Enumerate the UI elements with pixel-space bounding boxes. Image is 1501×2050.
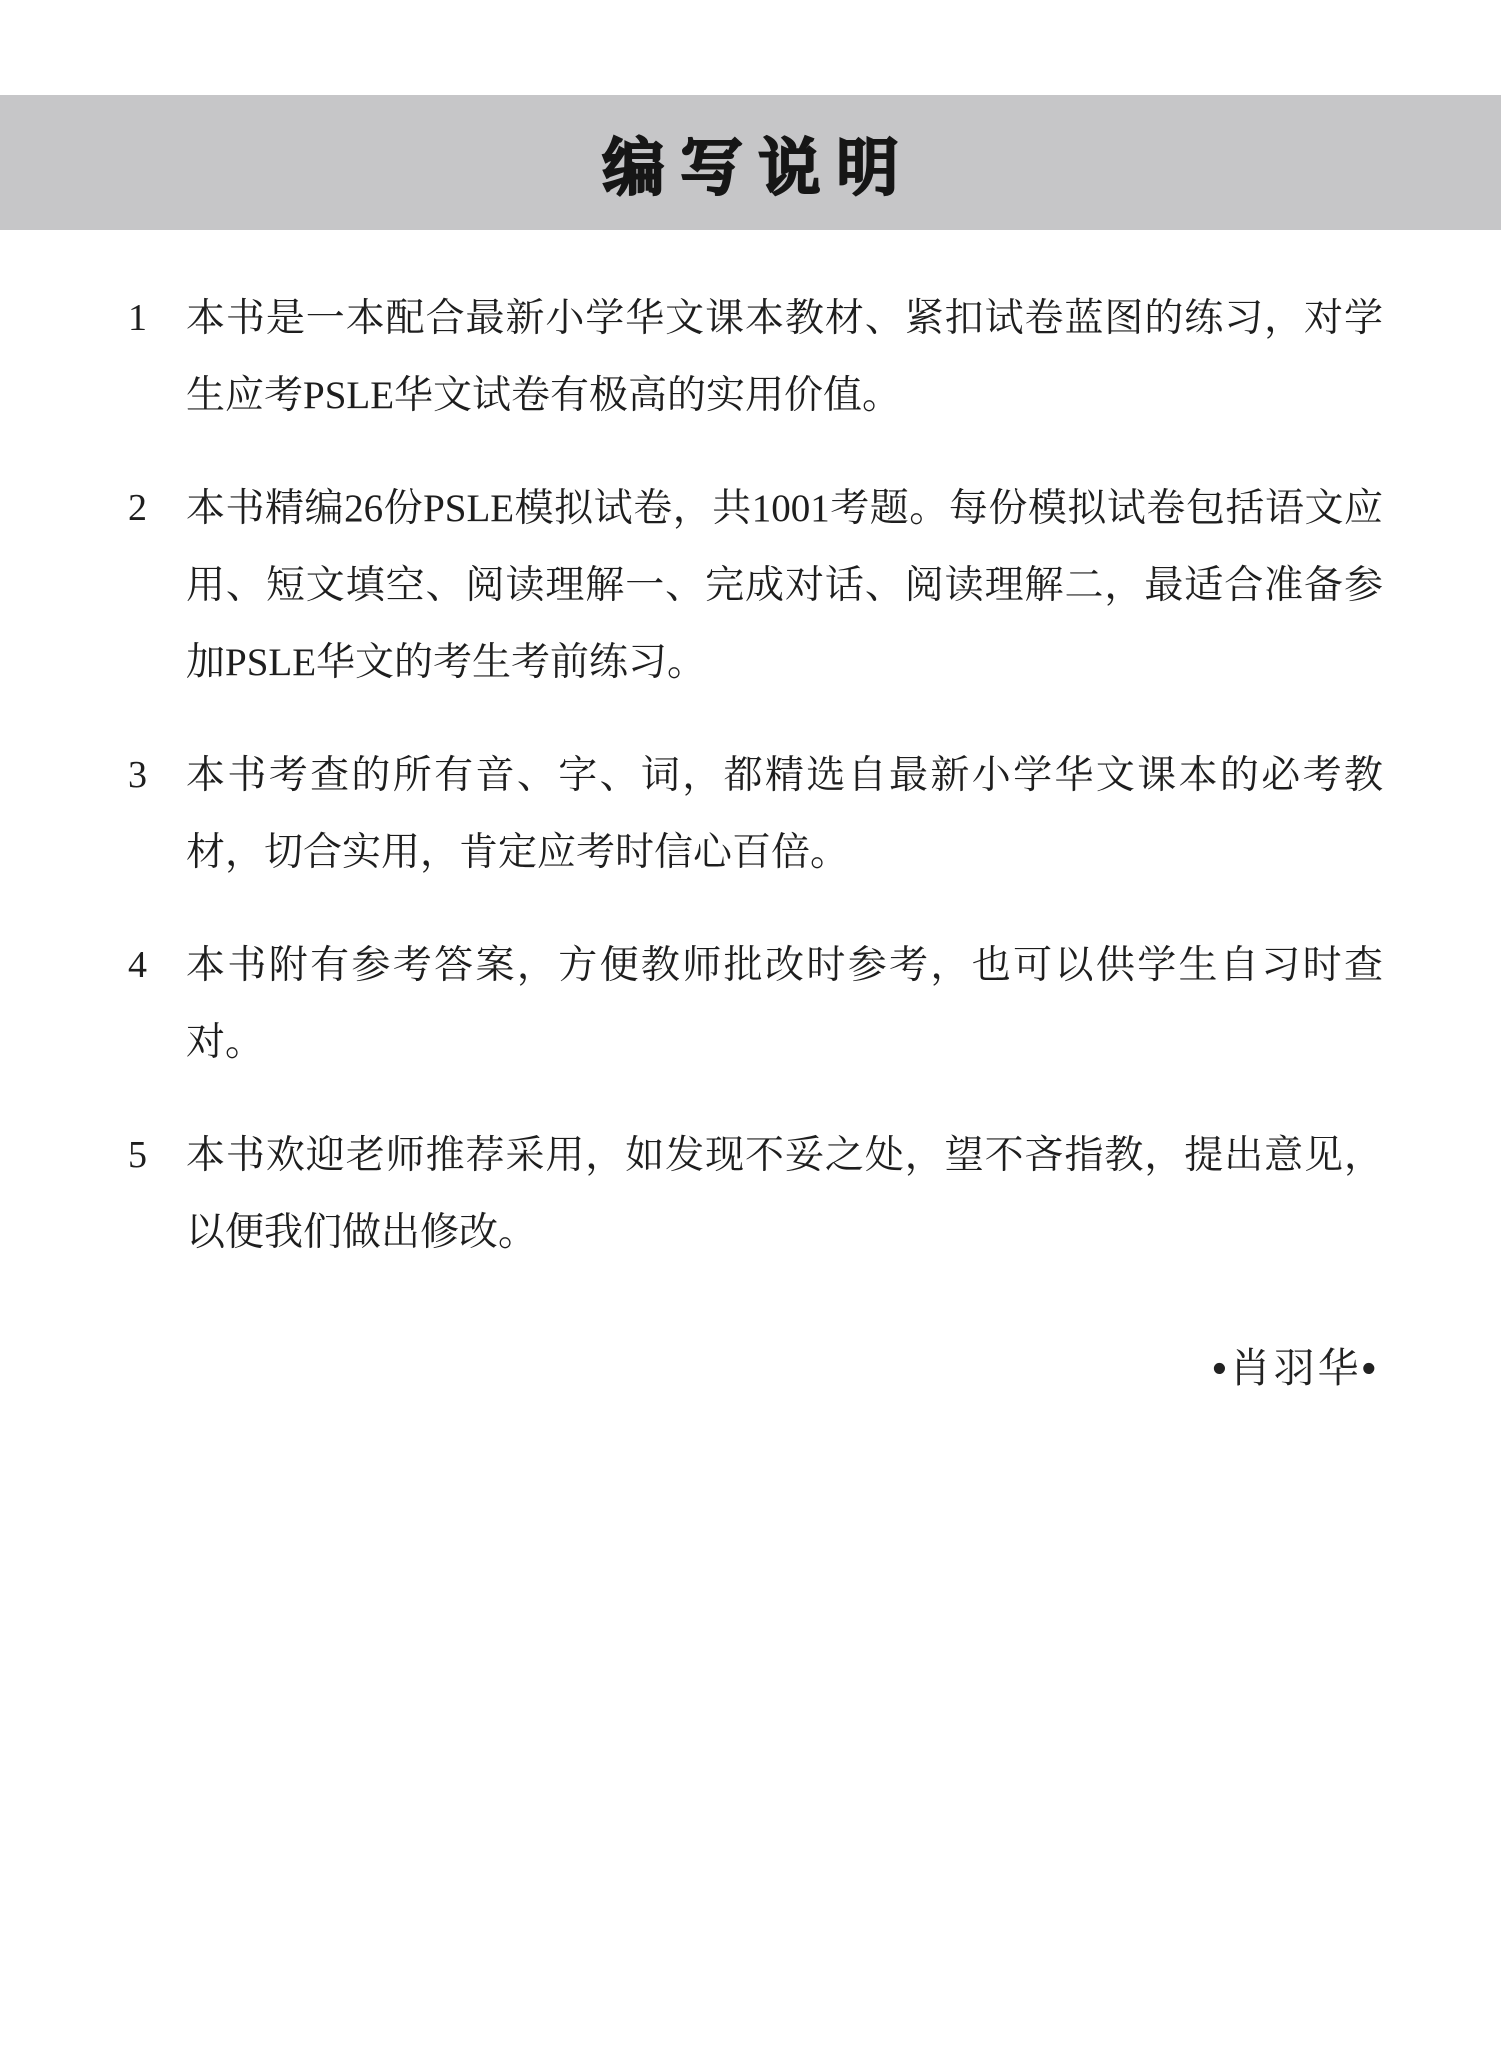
item-text: 本书精编26份PSLE模拟试卷，共1001考题。每份模拟试卷包括语文应用、短文填… <box>186 470 1383 701</box>
item-text: 本书是一本配合最新小学华文课本教材、紧扣试卷蓝图的练习，对学生应考PSLE华文试… <box>186 280 1383 434</box>
item-text: 本书欢迎老师推荐采用，如发现不妥之处，望不吝指教，提出意见，以便我们做出修改。 <box>186 1117 1383 1271</box>
item-text: 本书考查的所有音、字、词，都精选自最新小学华文课本的必考教材，切合实用，肯定应考… <box>186 737 1383 891</box>
list-item: 5 本书欢迎老师推荐采用，如发现不妥之处，望不吝指教，提出意见，以便我们做出修改… <box>128 1117 1383 1271</box>
notes-list: 1 本书是一本配合最新小学华文课本教材、紧扣试卷蓝图的练习，对学生应考PSLE华… <box>128 280 1383 1307</box>
list-item: 2 本书精编26份PSLE模拟试卷，共1001考题。每份模拟试卷包括语文应用、短… <box>128 470 1383 701</box>
list-item: 4 本书附有参考答案，方便教师批改时参考，也可以供学生自习时查对。 <box>128 927 1383 1081</box>
list-item: 3 本书考查的所有音、字、词，都精选自最新小学华文课本的必考教材，切合实用，肯定… <box>128 737 1383 891</box>
item-number: 1 <box>128 280 186 434</box>
item-number: 5 <box>128 1117 186 1271</box>
item-number: 2 <box>128 470 186 701</box>
document-page: 编写说明 1 本书是一本配合最新小学华文课本教材、紧扣试卷蓝图的练习，对学生应考… <box>0 0 1501 2050</box>
item-number: 4 <box>128 927 186 1081</box>
title-band: 编写说明 <box>0 95 1501 230</box>
author-signature: •肖羽华• <box>1212 1335 1379 1394</box>
list-item: 1 本书是一本配合最新小学华文课本教材、紧扣试卷蓝图的练习，对学生应考PSLE华… <box>128 280 1383 434</box>
item-text: 本书附有参考答案，方便教师批改时参考，也可以供学生自习时查对。 <box>186 927 1383 1081</box>
item-number: 3 <box>128 737 186 891</box>
page-title: 编写说明 <box>586 118 914 207</box>
